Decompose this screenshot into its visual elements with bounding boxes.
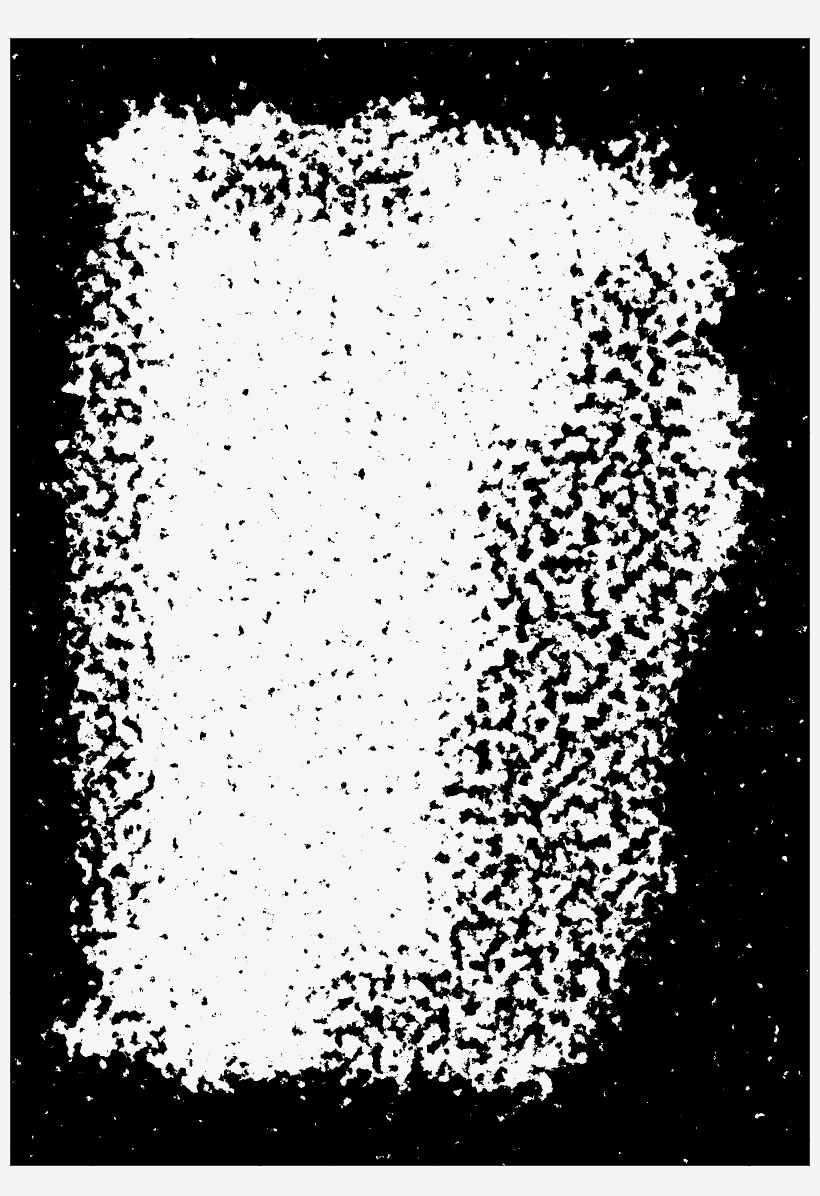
erosion-patch-left-band	[62, 188, 147, 948]
texture-canvas	[10, 38, 810, 1166]
erosion-patch-right-upper	[570, 248, 700, 458]
satellite-splatter-top-right-2	[662, 182, 698, 230]
erosion-patch-bottom-center	[310, 963, 565, 1083]
erosion-patch-right-middle	[480, 428, 720, 718]
grunge-texture-image	[10, 38, 810, 1166]
erosion-patch-top-band	[190, 133, 440, 228]
page-background: { "meta": { "title": "Black and white gr…	[0, 0, 820, 1196]
satellite-splatter-right-spike	[737, 583, 763, 603]
satellite-splatter-bottom-left	[56, 1010, 124, 1066]
satellite-splatter-top-right-1	[624, 126, 676, 170]
image-viewer-page	[0, 0, 820, 1196]
